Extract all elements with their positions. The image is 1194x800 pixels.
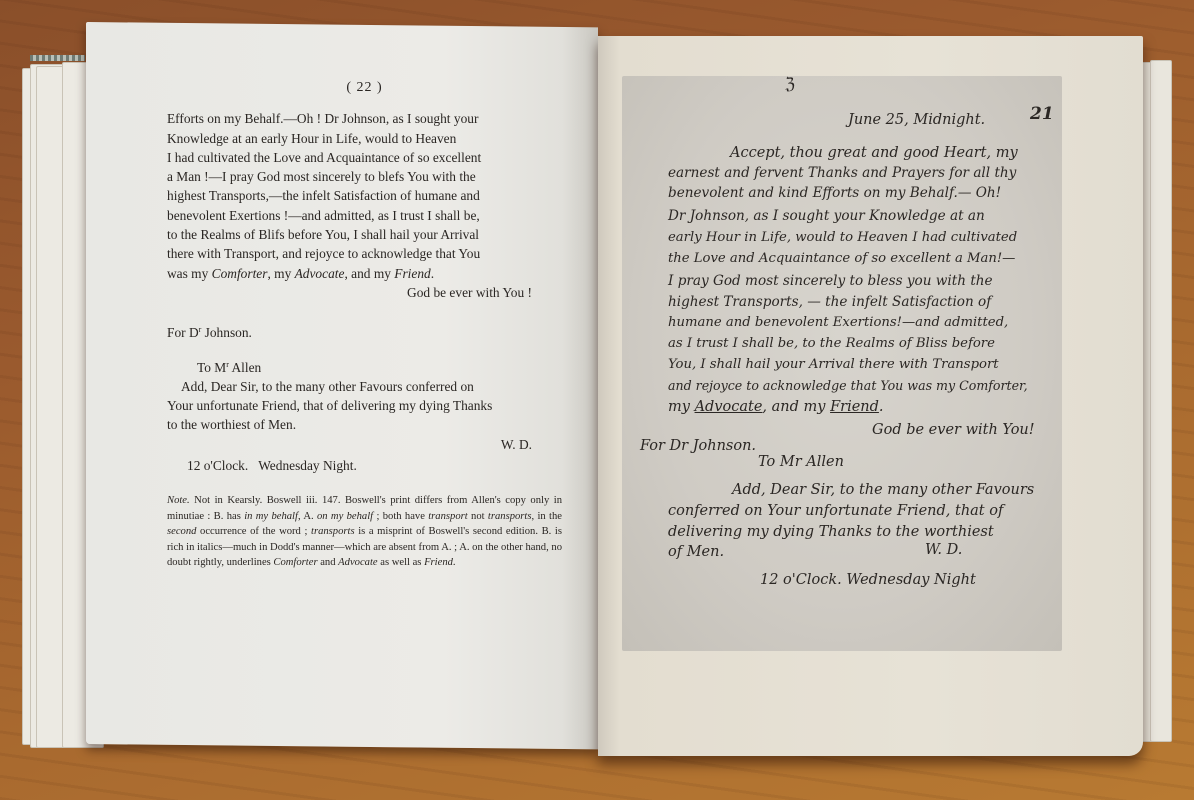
text: was my [167, 266, 212, 281]
underlined-advocate: Advocate [695, 399, 763, 415]
time-line: 12 o'Clock. Wednesday Night. [167, 456, 562, 475]
body-line: benevolent Exertions !—and admitted, as … [167, 206, 562, 225]
body-line: Add, Dear Sir, to the many other Favours… [167, 377, 562, 396]
manuscript-line: I pray God most sincerely to bless you w… [668, 271, 993, 291]
text: To M [197, 360, 226, 375]
text: not [468, 511, 488, 522]
manuscript-line: conferred on Your unfortunate Friend, th… [668, 501, 1003, 521]
underlined-friend: Friend [830, 399, 879, 415]
italic-friend: Friend [394, 266, 430, 281]
text: Allen [229, 360, 261, 375]
text: ; both have [373, 511, 428, 522]
body-line: Knowledge at an early Hour in Life, woul… [167, 129, 562, 148]
manuscript-line: benevolent and kind Efforts on my Behalf… [668, 183, 1001, 203]
body-line: to the Realms of Blifs before You, I sha… [167, 225, 562, 244]
text: . [453, 557, 456, 568]
manuscript-closing: God be ever with You! [872, 420, 1035, 440]
left-page-text: ( 22 ) Efforts on my Behalf.—Oh ! Dr Joh… [167, 78, 562, 570]
footnote: Note. Not in Kearsly. Boswell iii. 147. … [167, 493, 562, 570]
manuscript-line: as I trust I shall be, to the Realms of … [668, 334, 995, 354]
italic: Friend [424, 557, 453, 568]
leaf-edge [1150, 60, 1172, 742]
signature: W. D. [167, 435, 562, 454]
time-clock: 12 o'Clock. [187, 458, 248, 473]
manuscript-line: highest Transports, — the infelt Satisfa… [668, 292, 991, 312]
text: occurrence of the word ; [196, 526, 311, 537]
text: , and my [344, 266, 394, 281]
text: as well as [378, 557, 424, 568]
text: , in the [531, 511, 562, 522]
corner-mark: ℨ [785, 74, 795, 93]
manuscript-line: earnest and fervent Thanks and Prayers f… [668, 163, 1016, 183]
to-line: To Mr Allen [167, 355, 562, 377]
text: . [879, 399, 884, 415]
italic: Comforter [273, 557, 317, 568]
note-label: Note. [167, 495, 190, 506]
text: For D [167, 325, 199, 340]
text: , A. [298, 511, 317, 522]
italic: second [167, 526, 196, 537]
manuscript-line: You, I shall hail your Arrival there wit… [668, 355, 999, 375]
text: my [668, 399, 695, 415]
italic: on my behalf [317, 511, 373, 522]
body-line: I had cultivated the Love and Acquaintan… [167, 148, 562, 167]
italic: transport [428, 511, 467, 522]
manuscript-line: and rejoyce to acknowledge that You was … [668, 376, 1028, 396]
text: , and my [762, 399, 830, 415]
body-line: a Man !—I pray God most sincerely to ble… [167, 167, 562, 186]
body-line: highest Transports,—the infelt Satisfact… [167, 186, 562, 205]
manuscript-signature: W. D. [925, 540, 962, 560]
closing-line: God be ever with You ! [167, 283, 562, 302]
manuscript-line: the Love and Acquaintance of so excellen… [668, 249, 1015, 269]
body-line: there with Transport, and rejoyce to ack… [167, 244, 562, 263]
text: . [431, 266, 434, 281]
italic: in my behalf [244, 511, 298, 522]
body-line: to the worthiest of Men. [167, 415, 562, 434]
manuscript-line: Accept, thou great and good Heart, my [730, 143, 1018, 163]
body-line: Efforts on my Behalf.—Oh ! Dr Johnson, a… [167, 109, 562, 128]
manuscript-line-underlined: my Advocate, and my Friend. [668, 397, 884, 417]
text: Johnson. [201, 325, 252, 340]
text: and [318, 557, 339, 568]
manuscript-line: humane and benevolent Exertions!—and adm… [668, 313, 1008, 333]
folio-number: 21 [1030, 104, 1054, 124]
page-number: ( 22 ) [167, 78, 562, 97]
body-line-last: was my Comforter, my Advocate, and my Fr… [167, 264, 562, 283]
book-headband [30, 55, 85, 61]
italic: transports [488, 511, 532, 522]
manuscript-addressee: For Dr Johnson. [640, 436, 756, 456]
body-line: Your unfortunate Friend, that of deliver… [167, 396, 562, 415]
manuscript-line: early Hour in Life, would to Heaven I ha… [668, 228, 1017, 248]
text: , my [267, 266, 294, 281]
italic-comforter: Comforter [212, 266, 268, 281]
date-line: June 25, Midnight. [848, 110, 985, 130]
manuscript-time-line: 12 o'Clock. Wednesday Night [760, 570, 976, 590]
addressee-line: For Dr Johnson. [167, 320, 562, 342]
manuscript-to-line: To Mr Allen [758, 452, 844, 472]
manuscript-line: delivering my dying Thanks to the worthi… [668, 522, 994, 542]
italic: Advocate [338, 557, 377, 568]
manuscript-line: of Men. [668, 542, 724, 562]
italic: transports [311, 526, 355, 537]
italic-advocate: Advocate [295, 266, 345, 281]
manuscript-line: Dr Johnson, as I sought your Knowledge a… [668, 206, 985, 226]
manuscript-line: Add, Dear Sir, to the many other Favours [732, 480, 1034, 500]
time-night: Wednesday Night. [258, 458, 357, 473]
